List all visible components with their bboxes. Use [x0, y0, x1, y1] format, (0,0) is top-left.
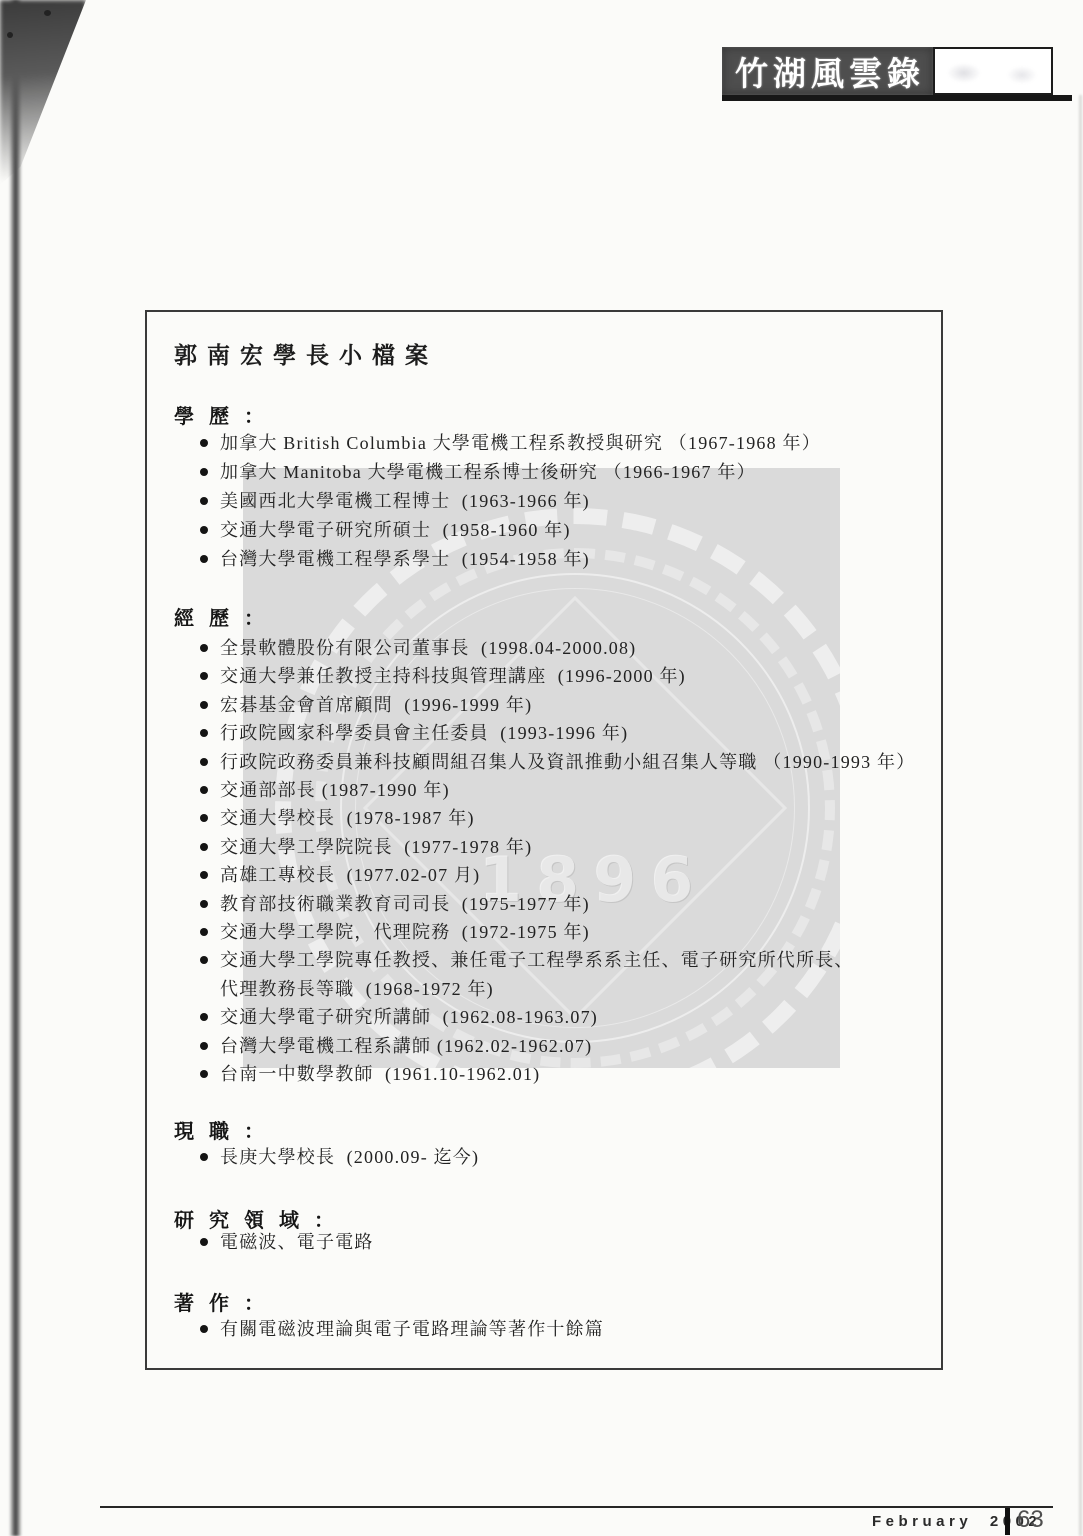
education-list: 加拿大 British Columbia 大學電機工程系教授與研究 （1967-… [199, 429, 941, 574]
list-item: 交通大學電子研究所碩士 (1958-1960 年) [199, 516, 941, 545]
profile-title: 郭南宏學長小檔案 [174, 337, 438, 370]
footer-page-number: 63 [1017, 1506, 1044, 1534]
binding-shadow-strip [9, 0, 22, 1536]
banner-underline [722, 95, 1072, 101]
list-item: 教育部技術職業教育司司長 (1975-1977 年) [199, 890, 941, 918]
footer-rule [100, 1506, 1053, 1508]
section-heading-experience: 經 歷 ： [174, 602, 269, 631]
list-item: 行政院政務委員兼科技顧問組召集人及資訊推動小組召集人等職 （1990-1993 … [199, 748, 941, 776]
binding-shadow-corner [0, 0, 86, 185]
scan-speck [44, 10, 51, 16]
profile-card: 1896 郭南宏學長小檔案 學 歷 ： 加拿大 British Columbia… [145, 310, 943, 1370]
footer-divider-bar [1005, 1508, 1010, 1535]
list-item: 台灣大學電機工程學系學士 (1954-1958 年) [199, 545, 941, 574]
section-heading-education: 學 歷 ： [174, 400, 269, 429]
publications-list: 有關電磁波理論與電子電路理論等著作十餘篇 [199, 1315, 941, 1344]
scanned-magazine-page: 竹湖風雲錄 1896 郭南宏學長小檔案 學 歷 ： 加拿大 British Co… [0, 0, 1083, 1536]
footer-date: February 2002 [872, 1513, 1041, 1530]
list-item: 交通大學工學院，代理院務 (1972-1975 年) [199, 918, 941, 946]
list-item: 美國西北大學電機工程博士 (1963-1966 年) [199, 487, 941, 516]
list-item: 台灣大學電機工程系講師 (1962.02-1962.07) [199, 1032, 941, 1060]
scan-speck [7, 32, 13, 38]
column-banner-title: 竹湖風雲錄 [730, 48, 925, 95]
list-item: 加拿大 Manitoba 大學電機工程系博士後研究 （1966-1967 年） [199, 458, 941, 487]
list-item: 交通大學工學院專任教授、兼任電子工程學系系主任、電子研究所代所長、 代理教務長等… [199, 946, 941, 1003]
list-item: 長庚大學校長 (2000.09- 迄今) [199, 1143, 941, 1172]
list-item: 宏碁基金會首席顧問 (1996-1999 年) [199, 691, 941, 719]
list-item: 加拿大 British Columbia 大學電機工程系教授與研究 （1967-… [199, 429, 941, 458]
list-item: 交通部部長 (1987-1990 年) [199, 776, 941, 804]
section-heading-current-position: 現 職 ： [174, 1115, 269, 1144]
list-item: 交通大學兼任教授主持科技與管理講座 (1996-2000 年) [199, 662, 941, 690]
page-edge-shadow [1079, 95, 1082, 1536]
list-item: 交通大學校長 (1978-1987 年) [199, 804, 941, 832]
experience-list: 全景軟體股份有限公司董事長 (1998.04-2000.08) 交通大學兼任教授… [199, 634, 941, 1089]
list-item: 交通大學電子研究所講師 (1962.08-1963.07) [199, 1003, 941, 1031]
list-item: 電磁波、電子電路 [199, 1228, 941, 1257]
column-banner: 竹湖風雲錄 [722, 47, 933, 95]
banner-blank-box [933, 47, 1053, 95]
research-fields-list: 電磁波、電子電路 [199, 1228, 941, 1257]
list-item: 台南一中數學教師 (1961.10-1962.01) [199, 1060, 941, 1088]
list-item: 交通大學工學院院長 (1977-1978 年) [199, 833, 941, 861]
faded-print-smudge [947, 61, 1039, 87]
section-heading-publications: 著 作 ： [174, 1287, 269, 1316]
current-position-list: 長庚大學校長 (2000.09- 迄今) [199, 1143, 941, 1172]
list-item: 高雄工專校長 (1977.02-07 月) [199, 861, 941, 889]
list-item: 行政院國家科學委員會主任委員 (1993-1996 年) [199, 719, 941, 747]
list-item: 全景軟體股份有限公司董事長 (1998.04-2000.08) [199, 634, 941, 662]
profile-content: 郭南宏學長小檔案 學 歷 ： 加拿大 British Columbia 大學電機… [147, 312, 941, 1368]
list-item: 有關電磁波理論與電子電路理論等著作十餘篇 [199, 1315, 941, 1344]
